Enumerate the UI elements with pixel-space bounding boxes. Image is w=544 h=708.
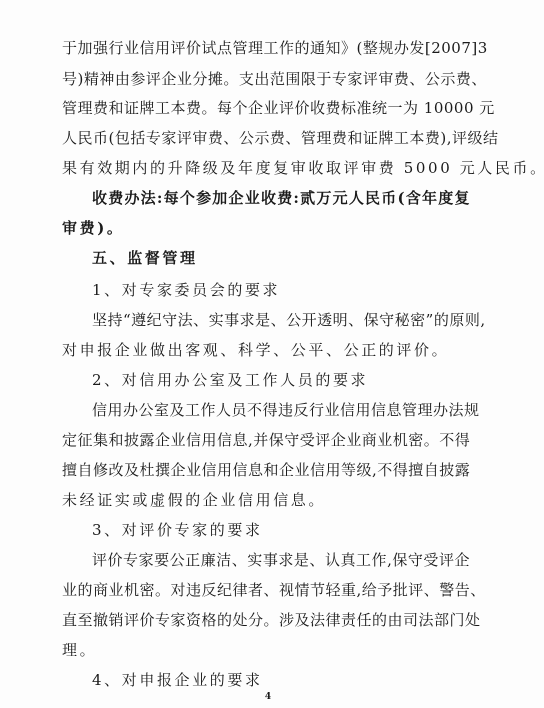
fee-method-text: 收费办法:每个参加企业收费:贰万元人民币(含年度复 <box>92 183 470 213</box>
body-text-line: 人民币(包括专家评审费、公示费、管理费和证牌工本费),评级结 <box>62 123 470 153</box>
body-text-line: 擅自修改及杜撰企业信用信息和企业信用等级,不得擅自披露 <box>62 455 470 485</box>
body-text-line: 定征集和披露企业信用信息,并保守受评企业商业机密。不得 <box>62 425 470 455</box>
body-text-line: 对申报企业做出客观、科学、公平、公正的评价。 <box>62 335 470 365</box>
body-text-line: 于加强行业信用评价试点管理工作的通知》(整规办发[2007]3 <box>62 33 470 63</box>
subsection-heading-credit-office: 2、对信用办公室及工作人员的要求 <box>92 365 470 395</box>
body-text-line: 号)精神由参评企业分摊。支出范围限于专家评审费、公示费、 <box>62 64 470 94</box>
page-number: 4 <box>262 690 274 704</box>
fee-method-text-end: 审费)。 <box>62 213 470 243</box>
body-text-line: 评价专家要公正廉洁、实事求是、认真工作,保守受评企 <box>92 545 470 575</box>
body-text-line: 果有效期内的升降级及年度复审收取评审费 5000 元人民币。 <box>62 153 470 183</box>
subsection-heading-evaluation-experts: 3、对评价专家的要求 <box>92 515 470 545</box>
section-heading-supervision: 五、监督管理 <box>92 243 470 273</box>
document-page: 于加强行业信用评价试点管理工作的通知》(整规办发[2007]3 号)精神由参评企… <box>0 0 544 708</box>
body-text-line: 未经证实或虚假的企业信用信息。 <box>62 485 470 515</box>
body-text-line: 坚持“遵纪守法、实事求是、公开透明、保守秘密”的原则, <box>92 305 470 335</box>
body-text-line: 理。 <box>62 635 470 665</box>
body-text-line: 信用办公室及工作人员不得违反行业信用信息管理办法规 <box>92 395 470 425</box>
subsection-heading-expert-committee: 1、对专家委员会的要求 <box>92 275 470 305</box>
body-text-line: 直至撤销评价专家资格的处分。涉及法律责任的由司法部门处 <box>62 605 470 635</box>
subsection-heading-applicant-enterprises: 4、对申报企业的要求 <box>92 665 470 695</box>
body-text-line: 业的商业机密。对违反纪律者、视情节轻重,给予批评、警告、 <box>62 575 470 605</box>
body-text-line: 管理费和证牌工本费。每个企业评价收费标准统一为 10000 元 <box>62 93 470 123</box>
